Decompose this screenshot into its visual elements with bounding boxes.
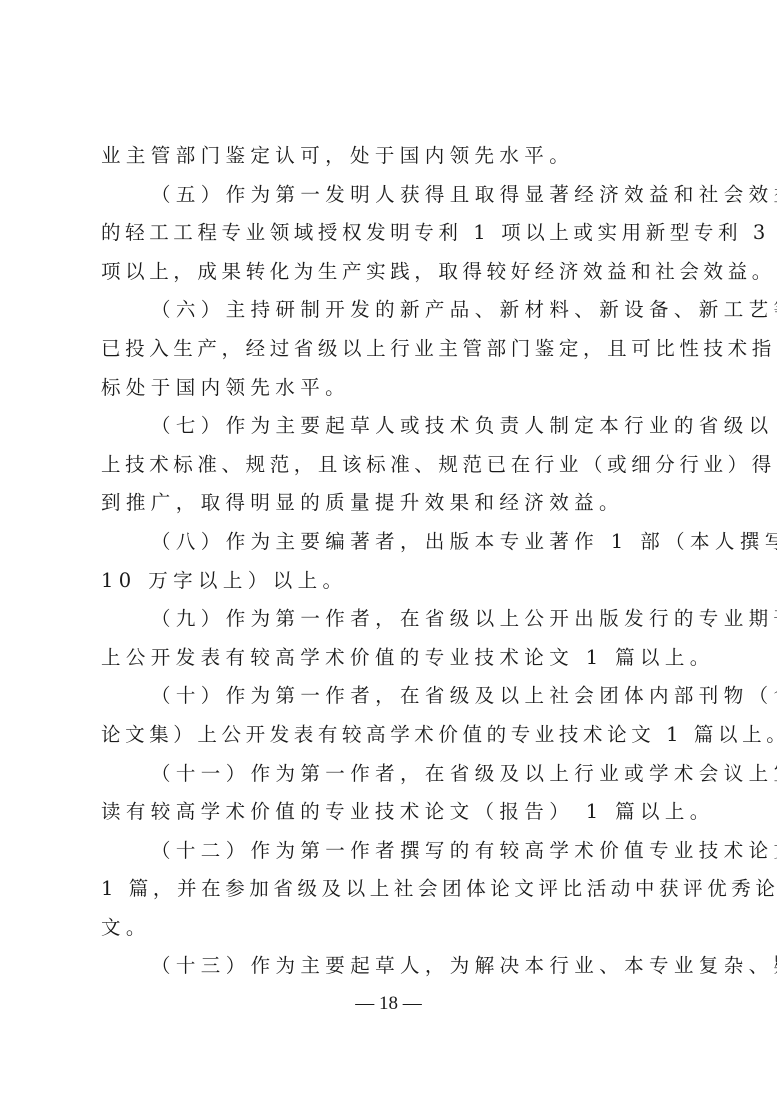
item-12-heading-line: （十二）作为第一作者撰写的有较高学术价值专业技术论文 [101,837,679,876]
item-7-heading-line: （七）作为主要起草人或技术负责人制定本行业的省级以 [101,412,679,451]
text-line: 标处于国内领先水平。 [101,374,679,413]
text-line: 文。 [101,914,679,953]
text-line: 1 篇，并在参加省级及以上社会团体论文评比活动中获评优秀论 [101,875,679,914]
text-line: 到推广，取得明显的质量提升效果和经济效益。 [101,489,679,528]
item-5-heading-line: （五）作为第一发明人获得且取得显著经济效益和社会效益 [101,181,679,220]
item-10-heading-line: （十）作为第一作者，在省级及以上社会团体内部刊物（含 [101,682,679,721]
text-line: 项以上，成果转化为生产实践，取得较好经济效益和社会效益。 [101,258,679,297]
text-line: 读有较高学术价值的专业技术论文（报告） 1 篇以上。 [101,798,679,837]
text-line: 上公开发表有较高学术价值的专业技术论文 1 篇以上。 [101,644,679,683]
text-line: 上技术标准、规范，且该标准、规范已在行业（或细分行业）得 [101,451,679,490]
page-number: — 18 — [0,993,777,1015]
item-6-heading-line: （六）主持研制开发的新产品、新材料、新设备、新工艺等 [101,296,679,335]
document-page: 业主管部门鉴定认可，处于国内领先水平。 （五）作为第一发明人获得且取得显著经济效… [0,0,777,1099]
text-line: 的轻工工程专业领域授权发明专利 1 项以上或实用新型专利 3 [101,219,679,258]
item-9-heading-line: （九）作为第一作者，在省级以上公开出版发行的专业期刊 [101,605,679,644]
text-line: 论文集）上公开发表有较高学术价值的专业技术论文 1 篇以上。 [101,721,679,760]
text-line: 10 万字以上）以上。 [101,567,679,606]
item-11-heading-line: （十一）作为第一作者，在省级及以上行业或学术会议上宣 [101,760,679,799]
document-body: 业主管部门鉴定认可，处于国内领先水平。 （五）作为第一发明人获得且取得显著经济效… [101,142,679,991]
text-line: 已投入生产，经过省级以上行业主管部门鉴定，且可比性技术指 [101,335,679,374]
item-8-heading-line: （八）作为主要编著者，出版本专业著作 1 部（本人撰写 [101,528,679,567]
text-line: 业主管部门鉴定认可，处于国内领先水平。 [101,142,679,181]
item-13-heading-line: （十三）作为主要起草人，为解决本行业、本专业复杂、疑 [101,952,679,991]
